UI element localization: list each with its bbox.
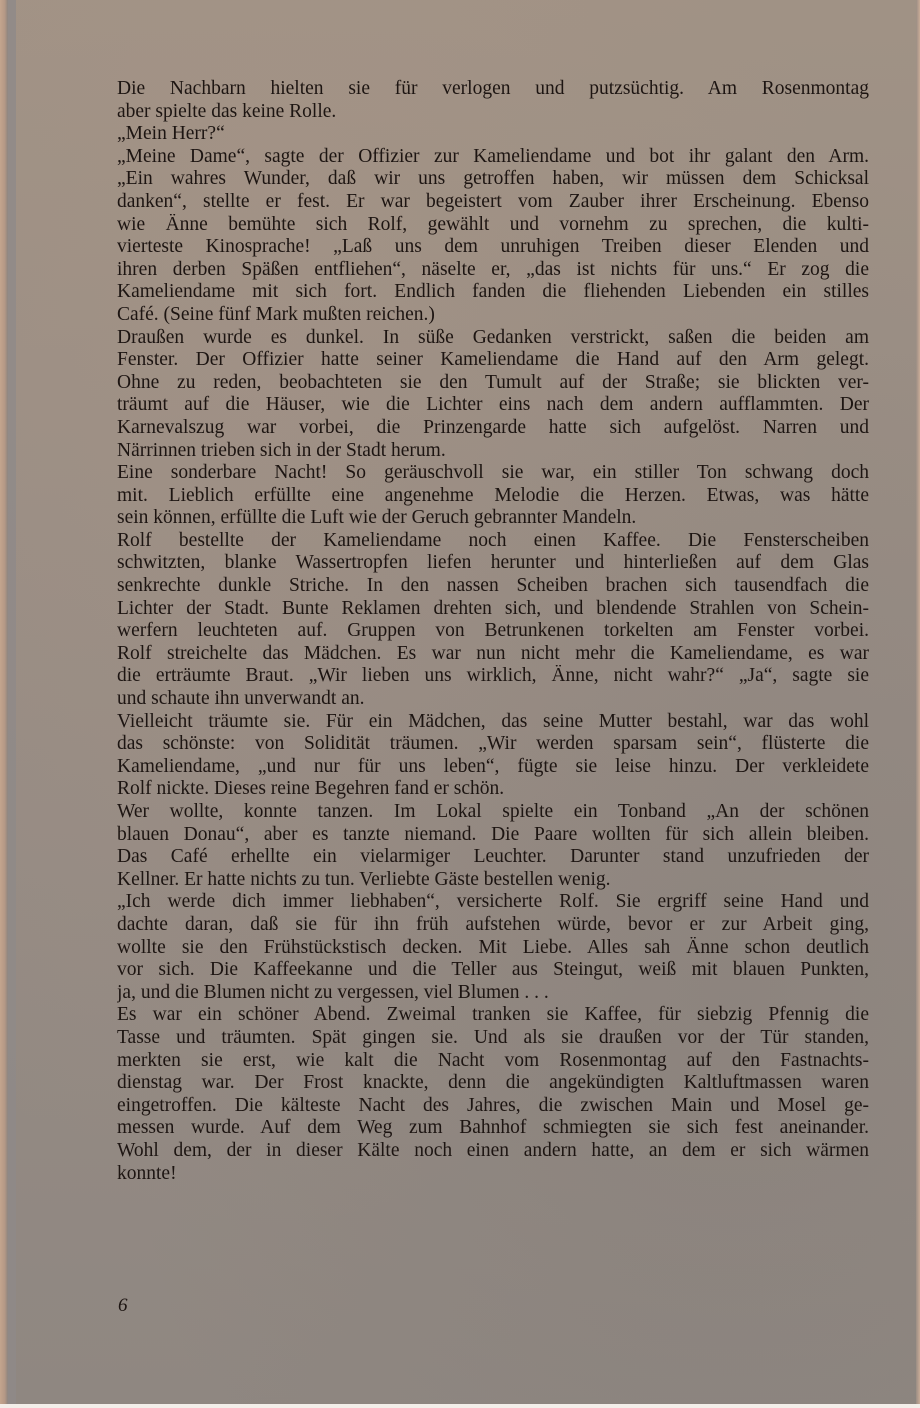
text-line: und schaute ihn unverwandt an. xyxy=(117,688,869,711)
text-line: Fenster. Der Offizier hatte seiner Kamel… xyxy=(117,349,869,372)
text-line: wollte sie den Frühstückstisch decken. M… xyxy=(117,937,869,960)
text-line: Kellner. Er hatte nichts zu tun. Verlieb… xyxy=(117,869,869,892)
paragraph: „Ich werde dich immer liebhaben“, versic… xyxy=(117,891,869,1004)
paragraph: Die Nachbarn hielten sie für verlogen un… xyxy=(117,78,869,123)
text-line: mit. Lieblich erfüllte eine angenehme Me… xyxy=(117,485,869,508)
paragraph: Rolf streichelte das Mädchen. Es war nun… xyxy=(117,643,869,711)
text-line: ja, und die Blumen nicht zu vergessen, v… xyxy=(117,982,869,1005)
text-line: dienstag war. Der Frost knackte, denn di… xyxy=(117,1072,869,1095)
text-line: Karnevalszug war vorbei, die Prinzengard… xyxy=(117,417,869,440)
page-edge-right xyxy=(916,0,920,1404)
text-line: Rolf nickte. Dieses reine Begehren fand … xyxy=(117,778,869,801)
page-number: 6 xyxy=(118,1295,128,1317)
text-line: Vielleicht träumte sie. Für ein Mädchen,… xyxy=(117,711,869,734)
text-line: Rolf streichelte das Mädchen. Es war nun… xyxy=(117,643,869,666)
text-line: Das Café erhellte ein vielarmiger Leucht… xyxy=(117,846,869,869)
paragraph: „Mein Herr?“ xyxy=(117,123,869,146)
text-line: aber spielte das keine Rolle. xyxy=(117,101,869,124)
text-line: Café. (Seine fünf Mark mußten reichen.) xyxy=(117,304,869,327)
text-line: sein können, erfüllte die Luft wie der G… xyxy=(117,507,869,530)
text-line: ihren derben Späßen entfliehen“, näselte… xyxy=(117,259,869,282)
text-line: senkrechte dunkle Striche. In den nassen… xyxy=(117,575,869,598)
text-line: Kameliendame mit sich fort. Endlich fand… xyxy=(117,281,869,304)
text-line: Wer wollte, konnte tanzen. Im Lokal spie… xyxy=(117,801,869,824)
book-page: Die Nachbarn hielten sie für verlogen un… xyxy=(0,0,920,1404)
text-line: konnte! xyxy=(117,1163,869,1186)
text-line: Rolf bestellte der Kameliendame noch ein… xyxy=(117,530,869,553)
paragraph: Eine sonderbare Nacht! So geräuschvoll s… xyxy=(117,462,869,530)
text-line: eingetroffen. Die kälteste Nacht des Jah… xyxy=(117,1095,869,1118)
text-line: „Ich werde dich immer liebhaben“, versic… xyxy=(117,891,869,914)
text-line: merkten sie erst, wie kalt die Nacht vom… xyxy=(117,1050,869,1073)
text-line: das schönste: von Solidität träumen. „Wi… xyxy=(117,733,869,756)
text-line: schwitzten, blanke Wassertropfen liefen … xyxy=(117,552,869,575)
text-line: blauen Donau“, aber es tanzte niemand. D… xyxy=(117,824,869,847)
text-line: „Meine Dame“, sagte der Offizier zur Kam… xyxy=(117,146,869,169)
text-line: dachte daran, daß sie für ihn früh aufst… xyxy=(117,914,869,937)
paragraph: Es war ein schöner Abend. Zweimal tranke… xyxy=(117,1004,869,1185)
text-line: vor sich. Die Kaffeekanne und die Teller… xyxy=(117,959,869,982)
paragraph: Rolf bestellte der Kameliendame noch ein… xyxy=(117,530,869,643)
text-line: Wohl dem, der in dieser Kälte noch einen… xyxy=(117,1140,869,1163)
paragraph: Vielleicht träumte sie. Für ein Mädchen,… xyxy=(117,711,869,801)
text-line: werfern leuchteten auf. Gruppen von Betr… xyxy=(117,620,869,643)
paragraph: Draußen wurde es dunkel. In süße Gedanke… xyxy=(117,327,869,463)
text-line: danken“, stellte er fest. Er war begeist… xyxy=(117,191,869,214)
text-line: messen wurde. Auf dem Weg zum Bahnhof sc… xyxy=(117,1117,869,1140)
text-line: Kameliendame, „und nur für uns leben“, f… xyxy=(117,756,869,779)
text-line: die erträumte Braut. „Wir lieben uns wir… xyxy=(117,665,869,688)
paragraph: Wer wollte, konnte tanzen. Im Lokal spie… xyxy=(117,801,869,891)
text-line: Tasse und träumten. Spät gingen sie. Und… xyxy=(117,1027,869,1050)
text-line: vierteste Kinosprache! „Laß uns dem unru… xyxy=(117,236,869,259)
text-line: Draußen wurde es dunkel. In süße Gedanke… xyxy=(117,327,869,350)
text-line: Eine sonderbare Nacht! So geräuschvoll s… xyxy=(117,462,869,485)
text-line: Ohne zu reden, beobachteten sie den Tumu… xyxy=(117,372,869,395)
paragraph: „Meine Dame“, sagte der Offizier zur Kam… xyxy=(117,146,869,327)
text-line: Närrinnen trieben sich in der Stadt heru… xyxy=(117,440,869,463)
text-line: Lichter der Stadt. Bunte Reklamen drehte… xyxy=(117,598,869,621)
body-text: Die Nachbarn hielten sie für verlogen un… xyxy=(117,78,869,1185)
text-line: „Mein Herr?“ xyxy=(117,123,869,146)
page-edge-left xyxy=(0,0,8,1404)
text-line: „Ein wahres Wunder, daß wir uns getroffe… xyxy=(117,168,869,191)
text-line: Es war ein schöner Abend. Zweimal tranke… xyxy=(117,1004,869,1027)
text-line: träumt auf die Häuser, wie die Lichter e… xyxy=(117,394,869,417)
page-edge-shadow xyxy=(8,0,16,1404)
text-line: Die Nachbarn hielten sie für verlogen un… xyxy=(117,78,869,101)
text-line: wie Änne bemühte sich Rolf, gewählt und … xyxy=(117,214,869,237)
